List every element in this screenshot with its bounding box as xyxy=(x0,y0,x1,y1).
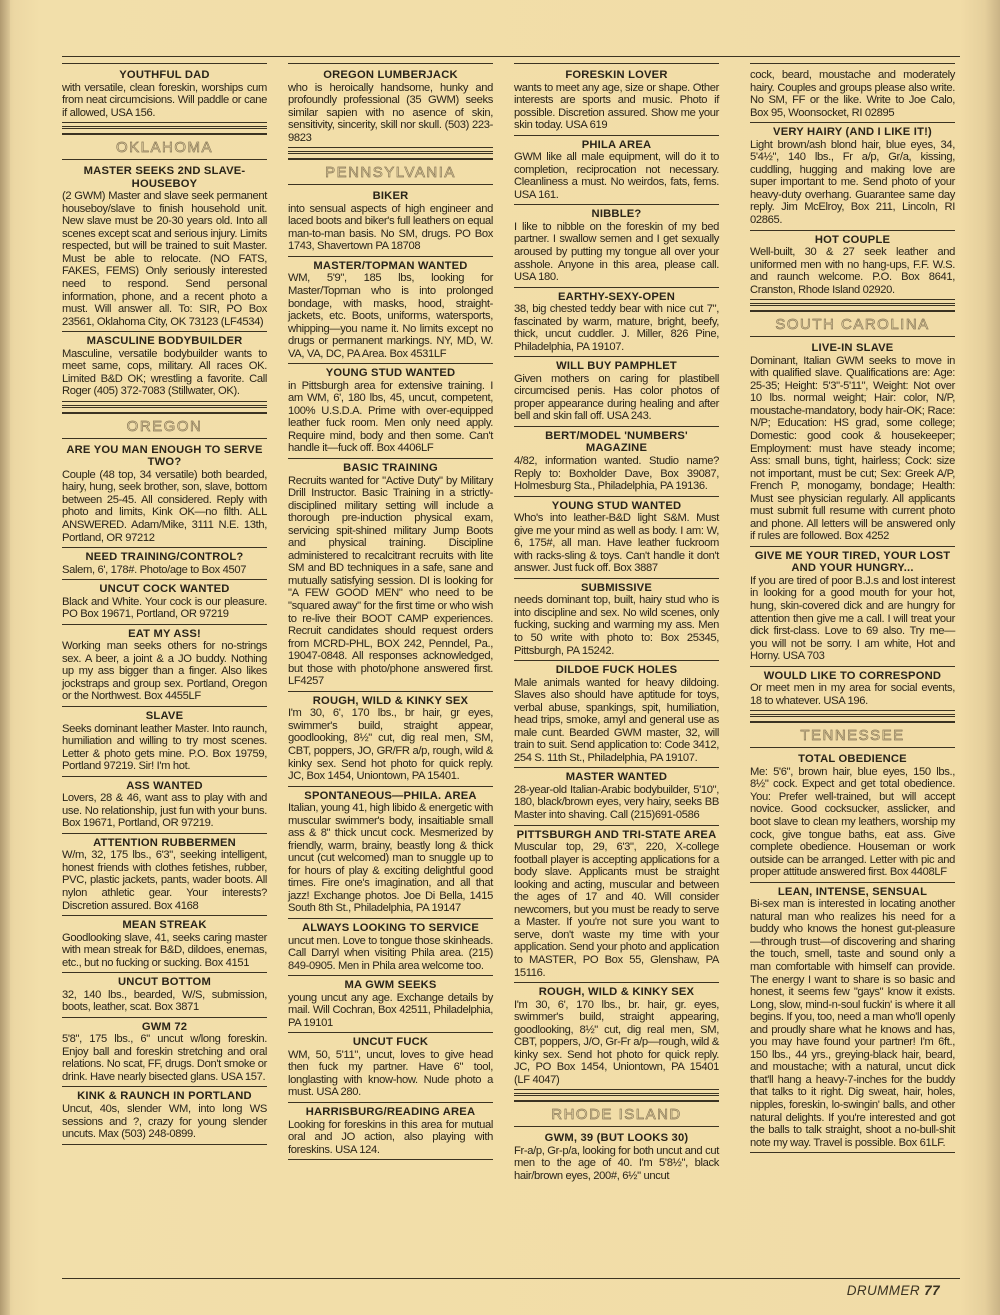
classified-ad: SUBMISSIVEneeds dominant top, built, hai… xyxy=(514,582,719,661)
ad-body: Looking for foreskins in this area for m… xyxy=(288,1119,493,1157)
ad-body: 5'8", 175 lbs., 6" uncut w/long foreskin… xyxy=(62,1033,267,1083)
ad-body: Male animals wanted for heavy dildoing. … xyxy=(514,677,719,765)
classified-ad: NEED TRAINING/CONTROL?Salem, 6', 178#. P… xyxy=(62,551,267,580)
ad-title: LEAN, INTENSE, SENSUAL xyxy=(750,886,955,899)
column-top-rule xyxy=(514,63,719,64)
ad-body: Couple (48 top, 34 versatile) both beard… xyxy=(62,469,267,544)
ad-title: PHILA AREA xyxy=(514,139,719,152)
ad-title: DILDOE FUCK HOLES xyxy=(514,664,719,677)
ad-title: UNCUT BOTTOM xyxy=(62,976,267,989)
column-top-rule xyxy=(62,63,267,64)
classified-ad: HARRISBURG/READING AREALooking for fores… xyxy=(288,1106,493,1160)
ad-title: VERY HAIRY (AND I LIKE IT!) xyxy=(750,126,955,139)
ad-body: Salem, 6', 178#. Photo/age to Box 4507 xyxy=(62,564,267,577)
ad-body: WM, 50, 5'11", uncut, loves to give head… xyxy=(288,1049,493,1099)
classified-ad: LIVE-IN SLAVEDominant, Italian GWM seeks… xyxy=(750,342,955,547)
ad-title: ALWAYS LOOKING TO SERVICE xyxy=(288,922,493,935)
classified-ad: EAT MY ASS!Working man seeks others for … xyxy=(62,628,267,707)
bottom-rule xyxy=(62,1278,960,1279)
ad-title: UNCUT COCK WANTED xyxy=(62,583,267,596)
ad-title: PITTSBURGH AND TRI-STATE AREA xyxy=(514,829,719,842)
classified-ad: GWM 725'8", 175 lbs., 6" uncut w/long fo… xyxy=(62,1021,267,1088)
classified-ad: GIVE ME YOUR TIRED, YOUR LOST AND YOUR H… xyxy=(750,550,955,667)
state-name: OKLAHOMA xyxy=(62,135,267,160)
classified-ad: ALWAYS LOOKING TO SERVICEuncut men. Love… xyxy=(288,922,493,976)
classified-ad: SPONTANEOUS—PHILA. AREAItalian, young 41… xyxy=(288,790,493,919)
ad-body: Who's into leather-B&D light S&M. Must g… xyxy=(514,512,719,575)
classified-ad: HOT COUPLEWell-built, 30 & 27 seek leath… xyxy=(750,234,955,301)
ad-title: GWM, 39 (BUT LOOKS 30) xyxy=(514,1132,719,1145)
ad-body: Working man seeks others for no-strings … xyxy=(62,640,267,703)
ad-title: YOUNG STUD WANTED xyxy=(514,500,719,513)
state-section-header: TENNESSEE xyxy=(750,714,955,748)
ad-body: Masculine, versatile bodybuilder wants t… xyxy=(62,348,267,398)
ad-title: KINK & RAUNCH IN PORTLAND xyxy=(62,1090,267,1103)
ad-title: ARE YOU MAN ENOUGH TO SERVE TWO? xyxy=(62,444,267,469)
classified-ad: EARTHY-SEXY-OPEN38, big chested teddy be… xyxy=(514,291,719,358)
classified-ad: OREGON LUMBERJACKwho is heroically hands… xyxy=(288,69,493,148)
ad-title: WILL BUY PAMPHLET xyxy=(514,360,719,373)
ad-title: MASCULINE BODYBUILDER xyxy=(62,335,267,348)
ad-title: FORESKIN LOVER xyxy=(514,69,719,82)
classified-ad: ROUGH, WILD & KINKY SEXI'm 30, 6', 170 l… xyxy=(288,695,493,787)
ad-body: Lovers, 28 & 46, want ass to play with a… xyxy=(62,792,267,830)
ad-body: I'm 30, 6', 170 lbs., br. hair, gr. eyes… xyxy=(514,999,719,1087)
classified-ad: MASCULINE BODYBUILDERMasculine, versatil… xyxy=(62,335,267,402)
ad-body: Goodlooking slave, 41, seeks caring mast… xyxy=(62,932,267,970)
classified-ad: YOUNG STUD WANTEDWho's into leather-B&D … xyxy=(514,500,719,579)
classified-ad: MASTER SEEKS 2ND SLAVE-HOUSEBOY(2 GWM) M… xyxy=(62,165,267,332)
ad-body: (2 GWM) Master and slave seek permanent … xyxy=(62,190,267,328)
classified-ad: UNCUT BOTTOM32, 140 lbs., bearded, W/S, … xyxy=(62,976,267,1018)
ad-body: 28-year-old Italian-Arabic bodybuilder, … xyxy=(514,784,719,822)
ad-title: EARTHY-SEXY-OPEN xyxy=(514,291,719,304)
ad-title: YOUTHFUL DAD xyxy=(62,69,267,82)
page-binding-shadow xyxy=(0,0,10,1315)
ad-body: 32, 140 lbs., bearded, W/S, submission, … xyxy=(62,989,267,1014)
top-rule xyxy=(62,56,960,57)
classified-ad: ROUGH, WILD & KINKY SEXI'm 30, 6', 170 l… xyxy=(514,986,719,1090)
ad-title: MA GWM SEEKS xyxy=(288,979,493,992)
state-name: PENNSYLVANIA xyxy=(288,160,493,185)
ad-title: UNCUT FUCK xyxy=(288,1036,493,1049)
state-section-header: RHODE ISLAND xyxy=(514,1093,719,1127)
ad-body: Given mothers on caring for plastibell c… xyxy=(514,373,719,423)
ad-body: needs dominant top, built, hairy stud wh… xyxy=(514,594,719,657)
ad-body: Uncut, 40s, slender WM, into long WS ses… xyxy=(62,1103,267,1141)
ad-title: MASTER/TOPMAN WANTED xyxy=(288,260,493,273)
ad-body: If you are tired of poor B.J.s and lost … xyxy=(750,575,955,663)
ad-body: 38, big chested teddy bear with nice cut… xyxy=(514,303,719,353)
classified-ad: VERY HAIRY (AND I LIKE IT!)Light brown/a… xyxy=(750,126,955,230)
ad-body: I like to nibble on the foreskin of my b… xyxy=(514,221,719,284)
ad-body: Or meet men in my area for social events… xyxy=(750,682,955,707)
state-section-header: OREGON xyxy=(62,405,267,439)
ad-title: BASIC TRAINING xyxy=(288,462,493,475)
ad-body: I'm 30, 6', 170 lbs., br hair, gr eyes, … xyxy=(288,707,493,782)
column-top-rule xyxy=(288,63,493,64)
ad-title: MASTER SEEKS 2ND SLAVE-HOUSEBOY xyxy=(62,165,267,190)
classified-ad: PITTSBURGH AND TRI-STATE AREAMuscular to… xyxy=(514,829,719,984)
page-number: 77 xyxy=(924,1283,940,1298)
classified-ad: MASTER WANTED28-year-old Italian-Arabic … xyxy=(514,771,719,825)
classified-ad: ATTENTION RUBBERMENW/m, 32, 175 lbs., 6'… xyxy=(62,837,267,916)
ad-body: in Pittsburgh area for extensive trainin… xyxy=(288,380,493,455)
ad-title: GWM 72 xyxy=(62,1021,267,1034)
ad-title: EAT MY ASS! xyxy=(62,628,267,641)
classified-ad: UNCUT FUCKWM, 50, 5'11", uncut, loves to… xyxy=(288,1036,493,1103)
state-section-header: SOUTH CAROLINA xyxy=(750,303,955,337)
classified-ad: NIBBLE?I like to nibble on the foreskin … xyxy=(514,208,719,287)
ad-title: ROUGH, WILD & KINKY SEX xyxy=(514,986,719,999)
ad-body: with versatile, clean foreskin, worships… xyxy=(62,82,267,120)
magazine-name: DRUMMER xyxy=(847,1283,920,1298)
ad-body: Well-built, 30 & 27 seek leather and uni… xyxy=(750,246,955,296)
ad-body: young uncut any age. Exchange details by… xyxy=(288,992,493,1030)
classified-ad: DILDOE FUCK HOLESMale animals wanted for… xyxy=(514,664,719,768)
ad-body: into sensual aspects of high engineer an… xyxy=(288,203,493,253)
classified-columns: YOUTHFUL DADwith versatile, clean foresk… xyxy=(62,63,962,1278)
ad-title: SLAVE xyxy=(62,710,267,723)
ad-body: W/m, 32, 175 lbs., 6'3", seeking intelli… xyxy=(62,849,267,912)
ad-body: 4/82, information wanted. Studio name? R… xyxy=(514,455,719,493)
ad-body: who is heroically handsome, hunky and pr… xyxy=(288,82,493,145)
ad-body: GWM like all male equipment, will do it … xyxy=(514,151,719,201)
ad-title: OREGON LUMBERJACK xyxy=(288,69,493,82)
state-name: SOUTH CAROLINA xyxy=(750,312,955,337)
state-section-header: PENNSYLVANIA xyxy=(288,151,493,185)
ad-title: LIVE-IN SLAVE xyxy=(750,342,955,355)
ad-body: WM, 5'9", 185 lbs, looking for Master/To… xyxy=(288,272,493,360)
classified-ad: MASTER/TOPMAN WANTEDWM, 5'9", 185 lbs, l… xyxy=(288,260,493,364)
ad-body: Me: 5'6", brown hair, blue eyes, 150 lbs… xyxy=(750,766,955,879)
ad-title: SPONTANEOUS—PHILA. AREA xyxy=(288,790,493,803)
classified-ad: BASIC TRAININGRecruits wanted for "Activ… xyxy=(288,462,493,692)
classified-ad: KINK & RAUNCH IN PORTLANDUncut, 40s, sle… xyxy=(62,1090,267,1144)
ad-title: MASTER WANTED xyxy=(514,771,719,784)
ad-title: SUBMISSIVE xyxy=(514,582,719,595)
classified-ad: LEAN, INTENSE, SENSUALBi-sex man is inte… xyxy=(750,886,955,1153)
ad-title: TOTAL OBEDIENCE xyxy=(750,753,955,766)
ad-body: Bi-sex man is interested in locating ano… xyxy=(750,898,955,1149)
classified-ad: PHILA AREAGWM like all male equipment, w… xyxy=(514,139,719,206)
classified-ad: MA GWM SEEKSyoung uncut any age. Exchang… xyxy=(288,979,493,1033)
ad-continuation-text: cock, beard, moustache and moderately ha… xyxy=(750,69,955,123)
column-top-rule xyxy=(750,63,955,64)
ad-body: Fr-a/p, Gr-p/a, looking for both uncut a… xyxy=(514,1145,719,1183)
ad-title: WOULD LIKE TO CORRESPOND xyxy=(750,670,955,683)
ad-title: NEED TRAINING/CONTROL? xyxy=(62,551,267,564)
classified-ad: YOUTHFUL DADwith versatile, clean foresk… xyxy=(62,69,267,123)
ad-title: ATTENTION RUBBERMEN xyxy=(62,837,267,850)
ad-title: BIKER xyxy=(288,190,493,203)
ad-title: NIBBLE? xyxy=(514,208,719,221)
classified-ad: ASS WANTEDLovers, 28 & 46, want ass to p… xyxy=(62,780,267,834)
column-4: cock, beard, moustache and moderately ha… xyxy=(750,63,955,1156)
classified-ad: GWM, 39 (BUT LOOKS 30)Fr-a/p, Gr-p/a, lo… xyxy=(514,1132,719,1185)
classified-ad: BIKERinto sensual aspects of high engine… xyxy=(288,190,493,257)
state-section-header: OKLAHOMA xyxy=(62,126,267,160)
ad-title: ROUGH, WILD & KINKY SEX xyxy=(288,695,493,708)
column-3: FORESKIN LOVERwants to meet any age, siz… xyxy=(514,63,719,1189)
classified-ad: MEAN STREAKGoodlooking slave, 41, seeks … xyxy=(62,919,267,973)
classified-ad: SLAVESeeks dominant leather Master. Into… xyxy=(62,710,267,777)
state-name: OREGON xyxy=(62,414,267,439)
ad-title: HOT COUPLE xyxy=(750,234,955,247)
classified-ad: FORESKIN LOVERwants to meet any age, siz… xyxy=(514,69,719,136)
ad-title: GIVE ME YOUR TIRED, YOUR LOST AND YOUR H… xyxy=(750,550,955,575)
classified-ad: UNCUT COCK WANTEDBlack and White. Your c… xyxy=(62,583,267,625)
ad-title: HARRISBURG/READING AREA xyxy=(288,1106,493,1119)
ad-title: MEAN STREAK xyxy=(62,919,267,932)
ad-body: wants to meet any age, size or shape. Ot… xyxy=(514,82,719,132)
ad-title: ASS WANTED xyxy=(62,780,267,793)
state-name: RHODE ISLAND xyxy=(514,1102,719,1127)
ad-body: Black and White. Your cock is our pleasu… xyxy=(62,596,267,621)
ad-title: BERT/MODEL 'NUMBERS' MAGAZINE xyxy=(514,430,719,455)
classified-ad: BERT/MODEL 'NUMBERS' MAGAZINE4/82, infor… xyxy=(514,430,719,497)
ad-body: uncut men. Love to tongue those skinhead… xyxy=(288,935,493,973)
ad-body: Seeks dominant leather Master. Into raun… xyxy=(62,723,267,773)
ad-body: Italian, young 41, high libido & energet… xyxy=(288,802,493,915)
classified-ad: YOUNG STUD WANTEDin Pittsburgh area for … xyxy=(288,367,493,459)
classified-ad: ARE YOU MAN ENOUGH TO SERVE TWO?Couple (… xyxy=(62,444,267,548)
classified-ad: WOULD LIKE TO CORRESPONDOr meet men in m… xyxy=(750,670,955,712)
ad-body: Dominant, Italian GWM seeks to move in w… xyxy=(750,355,955,543)
column-2: OREGON LUMBERJACKwho is heroically hands… xyxy=(288,63,493,1163)
ad-body: Recruits wanted for "Active Duty" by Mil… xyxy=(288,475,493,688)
classified-ad: TOTAL OBEDIENCEMe: 5'6", brown hair, blu… xyxy=(750,753,955,882)
ad-body: Muscular top, 29, 6'3", 220, X-college f… xyxy=(514,841,719,979)
state-name: TENNESSEE xyxy=(750,723,955,748)
ad-title: YOUNG STUD WANTED xyxy=(288,367,493,380)
classified-ad: WILL BUY PAMPHLETGiven mothers on caring… xyxy=(514,360,719,427)
ad-body: Light brown/ash blond hair, blue eyes, 3… xyxy=(750,139,955,227)
page-footer: DRUMMER 77 xyxy=(847,1283,940,1298)
column-1: YOUTHFUL DADwith versatile, clean foresk… xyxy=(62,63,267,1148)
